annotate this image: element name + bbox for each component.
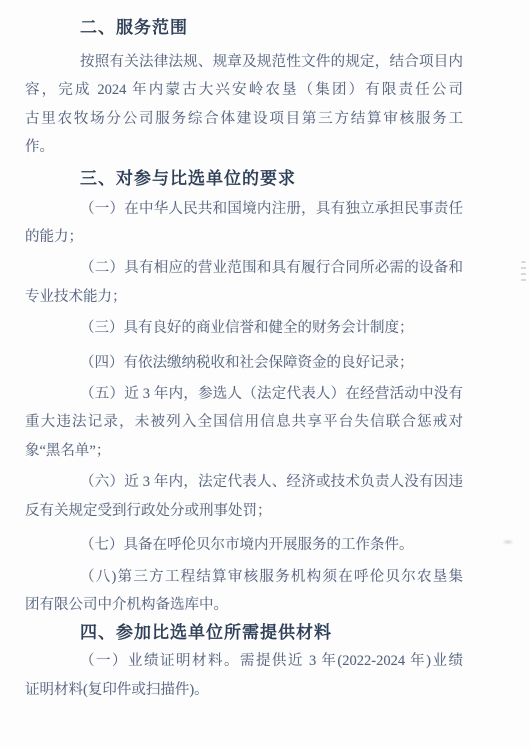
scan-artifact <box>502 539 514 545</box>
paragraph: 按照有关法律法规、规章及规范性文件的规定，结合项目内 容，完成 2024 年内蒙… <box>25 48 463 162</box>
scan-artifact <box>521 261 526 283</box>
text-line: 反有关规定受到行政处分或刑事处罚； <box>25 497 463 525</box>
text-line: 象“黑名单”； <box>25 437 463 465</box>
paragraph-item-5: （五）近 3 年内，参选人（法定代表人）在经营活动中没有 重大违法记录，未被列入… <box>25 380 463 465</box>
paragraph-item-7: （七）具备在呼伦贝尔市境内开展服务的工作条件。 <box>25 531 463 559</box>
paragraph-item-2: （二）具有相应的营业范围和具有履行合同所必需的设备和 专业技术能力； <box>25 254 463 311</box>
text-line: 容，完成 2024 年内蒙古大兴安岭农垦（集团）有限责任公司 <box>25 76 463 104</box>
text-line: （七）具备在呼伦贝尔市境内开展服务的工作条件。 <box>25 531 463 559</box>
section-heading: 三、对参与比选单位的要求 <box>25 165 463 193</box>
section-bidder-requirements: 三、对参与比选单位的要求 （一）在中华人民共和国境内注册，具有独立承担民事责任 … <box>25 165 463 620</box>
document-content: 二、服务范围 按照有关法律法规、规章及规范性文件的规定，结合项目内 容，完成 2… <box>25 14 463 704</box>
text-line: （三）具有良好的商业信誉和健全的财务会计制度； <box>25 314 463 342</box>
text-line: （六）近 3 年内，法定代表人、经济或技术负责人没有因违 <box>25 468 463 496</box>
paragraph-item-1: （一）业绩证明材料。需提供近 3 年(2022-2024 年)业绩 证明材料(复… <box>25 647 463 704</box>
paragraph-item-3: （三）具有良好的商业信誉和健全的财务会计制度； <box>25 314 463 342</box>
paragraph-item-4: （四）有依法缴纳税收和社会保障资金的良好记录； <box>25 349 463 377</box>
text-line: （二）具有相应的营业范围和具有履行合同所必需的设备和 <box>25 254 463 282</box>
text-line: 的能力； <box>25 223 463 251</box>
section-service-scope: 二、服务范围 按照有关法律法规、规章及规范性文件的规定，结合项目内 容，完成 2… <box>25 14 463 162</box>
document-page: 二、服务范围 按照有关法律法规、规章及规范性文件的规定，结合项目内 容，完成 2… <box>0 0 530 748</box>
text-line: 古里农牧场分公司服务综合体建设项目第三方结算审核服务工 <box>25 105 463 133</box>
text-line: 按照有关法律法规、规章及规范性文件的规定，结合项目内 <box>25 48 463 76</box>
text-line: （八)第三方工程结算审核服务机构须在呼伦贝尔农垦集 <box>25 563 463 591</box>
text-line: （五）近 3 年内，参选人（法定代表人）在经营活动中没有 <box>25 380 463 408</box>
paragraph-item-6: （六）近 3 年内，法定代表人、经济或技术负责人没有因违 反有关规定受到行政处分… <box>25 468 463 525</box>
paragraph-item-1: （一）在中华人民共和国境内注册，具有独立承担民事责任 的能力； <box>25 195 463 252</box>
section-heading: 四、参加比选单位所需提供材料 <box>25 619 463 647</box>
text-line: 证明材料(复印件或扫描件)。 <box>25 676 463 704</box>
text-line: 团有限公司中介机构备选库中。 <box>25 591 463 619</box>
text-line: 专业技术能力； <box>25 283 463 311</box>
text-line: （一）业绩证明材料。需提供近 3 年(2022-2024 年)业绩 <box>25 647 463 675</box>
paragraph-item-8: （八)第三方工程结算审核服务机构须在呼伦贝尔农垦集 团有限公司中介机构备选库中。 <box>25 563 463 620</box>
text-line: 作。 <box>25 133 463 161</box>
section-heading: 二、服务范围 <box>25 14 463 42</box>
text-line: 重大违法记录，未被列入全国信用信息共享平台失信联合惩戒对 <box>25 408 463 436</box>
section-required-materials: 四、参加比选单位所需提供材料 （一）业绩证明材料。需提供近 3 年(2022-2… <box>25 619 463 704</box>
text-line: （四）有依法缴纳税收和社会保障资金的良好记录； <box>25 349 463 377</box>
text-line: （一）在中华人民共和国境内注册，具有独立承担民事责任 <box>25 195 463 223</box>
